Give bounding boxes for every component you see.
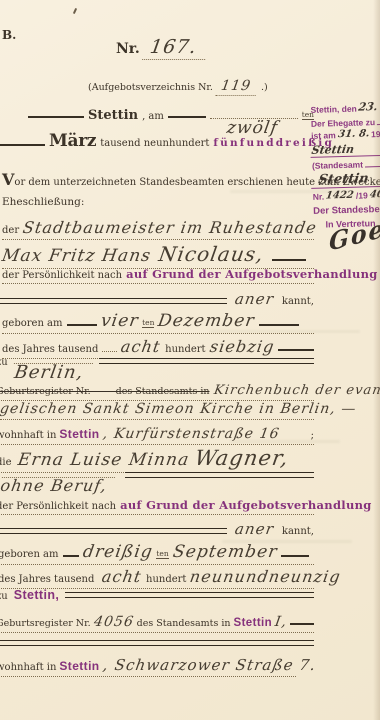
bride-born-day-suffix: ten	[156, 549, 168, 559]
blank-line	[281, 555, 309, 557]
document-page: { "colors": { "stamp_purple": "#86327c",…	[0, 0, 380, 720]
bride-residence-row: wohnhaft in Stettin , Schwarzower Straße…	[0, 656, 296, 677]
groom-anerkannt-row: aner kannt,	[0, 290, 314, 308]
bride-aner-hand: aner	[233, 520, 275, 538]
blank-line	[290, 623, 314, 625]
bride-identity-label: der Persönlichkeit nach	[0, 501, 116, 512]
blank-line	[278, 349, 314, 351]
stamp-death-date-hand: 31. 8.	[337, 128, 370, 140]
groom-occupation-row: der Stadtbaumeister im Ruhestande	[2, 218, 314, 240]
intro-line2: Eheschließung:	[2, 196, 84, 208]
bride-resident-street: , Schwarzower Straße 7.	[101, 656, 317, 674]
groom-surname: Nicolaus,	[157, 242, 266, 266]
bride-register-no: 4056	[92, 614, 135, 630]
bride-occupation-row: ohne Beruf,	[2, 472, 314, 482]
bride-surname: Wagner,	[193, 446, 291, 470]
struck-empty-row	[0, 640, 314, 650]
groom-hundert-label: hundert	[165, 344, 205, 355]
bride-born-month: September	[171, 542, 279, 562]
aufgebot-value: 119	[215, 78, 258, 96]
blank-line	[67, 324, 97, 326]
bride-kannt-printed: kannt,	[282, 526, 314, 537]
intro-eheschliessung: Eheschließung:	[2, 196, 84, 208]
bride-born-label: geboren am	[0, 549, 59, 560]
stamp-office-city-hand: Stettin	[311, 169, 380, 189]
dateline-year-printed: tausend neunhundert	[100, 138, 209, 149]
groom-register-hand1: Kirchenbuch der evan,	[212, 383, 380, 398]
stamp-spouse-label: Der Ehegatte zu	[311, 117, 375, 129]
aufgebot-stamp: auf Grund der Aufgebotsverhandlung	[120, 498, 372, 512]
groom-born-month: Dezember	[157, 311, 257, 331]
groom-birthplace-row: zu Berlin,	[0, 357, 314, 368]
stamp-line-standesamt: (Standesamt	[312, 157, 380, 171]
stettin-city-stamp: Stettin	[234, 617, 273, 629]
groom-register-hand2: gelischen Sankt Simeon Kirche in Berlin,…	[0, 401, 358, 417]
dateline-city-day: Stettin , am zwölf ten	[28, 108, 314, 123]
stamp-line-place-date: Stettin, den 23. 6	[310, 99, 380, 116]
groom-zu-label: zu	[0, 357, 8, 368]
stamp-line-death-date: ist am 31. 8. 19 40	[311, 127, 380, 142]
stamp-line-register-no: Nr. 1422 /19 40 .)	[313, 188, 380, 203]
corner-letter: B.	[2, 28, 16, 42]
groom-born-label: geboren am	[2, 318, 63, 329]
stamp-istam-label: ist am	[311, 130, 336, 141]
groom-resident-post: ;	[311, 430, 314, 441]
stamp-registrar-label: Der Standesbe	[313, 204, 380, 217]
groom-born-row: geboren am vier ten Dezember	[2, 311, 314, 334]
dateline-city: Stettin	[88, 108, 138, 123]
stamp-line-spouse: Der Ehegatte zu	[311, 115, 380, 129]
bride-year-tens: neunundneunzig	[189, 567, 343, 586]
filled-blank-line	[0, 528, 227, 534]
groom-occupation: Stadtbaumeister im Ruhestande	[22, 218, 319, 237]
groom-year-tens: siebzig	[208, 337, 276, 356]
bride-register-mid: des Standesamts in	[137, 618, 231, 629]
stamp-place-hand: Stettin	[311, 140, 380, 157]
blank-line	[63, 555, 79, 557]
bride-year-row: des Jahres tausend acht hundert neunundn…	[0, 567, 314, 589]
groom-year-label: des Jahres tausend	[2, 344, 98, 355]
groom-register-row2: gelischen Sankt Simeon Kirche in Berlin,…	[0, 401, 314, 420]
margin-death-stamp: Stettin, den 23. 6 Der Ehegatte zu ist a…	[310, 99, 380, 232]
record-number-label: Nr.	[116, 41, 140, 57]
bride-resident-label: wohnhaft in	[0, 662, 56, 673]
dateline-am: , am	[142, 111, 164, 122]
groom-born-day-suffix: ten	[142, 318, 154, 328]
bride-register-label: Geburtsregister Nr.	[0, 618, 91, 629]
groom-kannt-printed: kannt,	[282, 296, 314, 307]
filled-blank-line	[0, 298, 227, 304]
groom-identity-label: der Persönlichkeit nach	[2, 270, 122, 281]
stamp-nr-year-hand: 40	[369, 189, 380, 200]
stamp-year-prefix: 19	[371, 129, 380, 139]
groom-register-struck: Geburtsregister Nr. —— des Standesamts i…	[0, 386, 210, 397]
ink-speck	[73, 8, 77, 14]
groom-resident-street: , Kurfürstenstraße 16	[101, 426, 280, 442]
bride-given-names: Erna Luise Minna	[16, 450, 191, 470]
bride-anerkannt-row: aner kannt,	[0, 520, 314, 538]
bride-zu-label: zu	[0, 591, 8, 602]
bride-article: die	[0, 457, 12, 468]
groom-residence-row: wohnhaft in Stettin , Kurfürstenstraße 1…	[0, 426, 314, 445]
corner-label: B.	[2, 28, 16, 42]
bride-year-label: des Jahres tausend	[0, 574, 94, 585]
groom-year-row: des Jahres tausend acht hundert siebzig	[2, 337, 314, 359]
stamp-place-label: Stettin, den	[310, 104, 357, 115]
aufgebot-label: (Aufgebotsverzeichnis Nr.	[88, 82, 213, 93]
blank-line	[272, 259, 306, 261]
filled-blank-line	[0, 640, 314, 646]
groom-register-row: Geburtsregister Nr. —— des Standesamts i…	[0, 383, 314, 401]
bride-occupation: ohne Beruf,	[2, 476, 115, 478]
filled-blank-line	[99, 358, 314, 364]
bride-name-row: die Erna Luise Minna Wagner,	[0, 446, 314, 473]
aufgebot-stamp: auf Grund der Aufgebotsverhandlung	[126, 267, 378, 281]
groom-birthplace: Berlin,	[14, 362, 93, 364]
dateline-month: März	[49, 131, 96, 151]
bride-identity-row: der Persönlichkeit nach auf Grund der Au…	[0, 498, 314, 515]
stettin-city-stamp: Stettin,	[14, 588, 60, 602]
groom-resident-label: wohnhaft in	[0, 430, 56, 441]
dateline-month-year: März tausend neunhundert fünfunddreißig	[0, 131, 334, 151]
bride-year-hundreds: acht	[101, 567, 144, 586]
stamp-line-death-place: Stettin ver	[311, 141, 380, 159]
record-number-value: 167.	[142, 36, 209, 60]
blank-dots	[102, 351, 117, 352]
bride-born-row: geboren am dreißig ten September	[0, 542, 314, 565]
stamp-line-office-city: Stettin	[312, 170, 380, 190]
stamp-nr-mid: /19	[356, 190, 368, 200]
groom-name-row: Max Fritz Hans Nicolaus,	[2, 242, 314, 269]
bride-register-suffix: I,	[274, 614, 289, 630]
stamp-blank-line	[365, 164, 380, 167]
stamp-standesamt-label: (Standesamt	[312, 159, 363, 170]
stamp-nr-hand: 1422	[325, 190, 354, 202]
blank-line	[0, 144, 45, 146]
groom-identity-row: der Persönlichkeit nach auf Grund der Au…	[2, 267, 314, 284]
filled-blank-line	[65, 592, 314, 598]
intro-paragraph: Vor dem unterzeichneten Standesbeamten e…	[2, 170, 314, 189]
groom-aner-hand: aner	[233, 290, 275, 308]
stettin-city-stamp: Stettin	[59, 427, 99, 441]
aufgebot-close: .)	[261, 82, 268, 93]
record-number: Nr. 167.	[116, 36, 206, 60]
filled-blank-line	[125, 472, 314, 478]
blank-line	[259, 324, 299, 326]
blank-line	[28, 116, 84, 118]
bride-birthplace-row: zu Stettin,	[0, 588, 314, 602]
dateline-day-hand: zwölf	[210, 118, 298, 119]
aufgebot-register: (Aufgebotsverzeichnis Nr. 119 .)	[88, 78, 268, 96]
intro-line1: Vor dem unterzeichneten Standesbeamten e…	[2, 170, 314, 189]
bride-born-day: dreißig	[81, 542, 154, 562]
stamp-line-registrar: Der Standesbe	[313, 202, 380, 217]
stamp-nr-label: Nr.	[313, 192, 325, 202]
stamp-date-hand: 23. 6	[358, 100, 380, 114]
groom-born-day: vier	[99, 311, 140, 331]
groom-year-hundreds: acht	[120, 337, 163, 356]
stettin-city-stamp: Stettin	[59, 659, 99, 673]
blank-line	[168, 116, 206, 118]
groom-article: der	[2, 225, 19, 236]
bride-hundert-label: hundert	[146, 574, 186, 585]
bride-register-row: Geburtsregister Nr. 4056 des Standesamts…	[0, 614, 314, 633]
groom-given-names: Max Fritz Hans	[0, 246, 152, 266]
